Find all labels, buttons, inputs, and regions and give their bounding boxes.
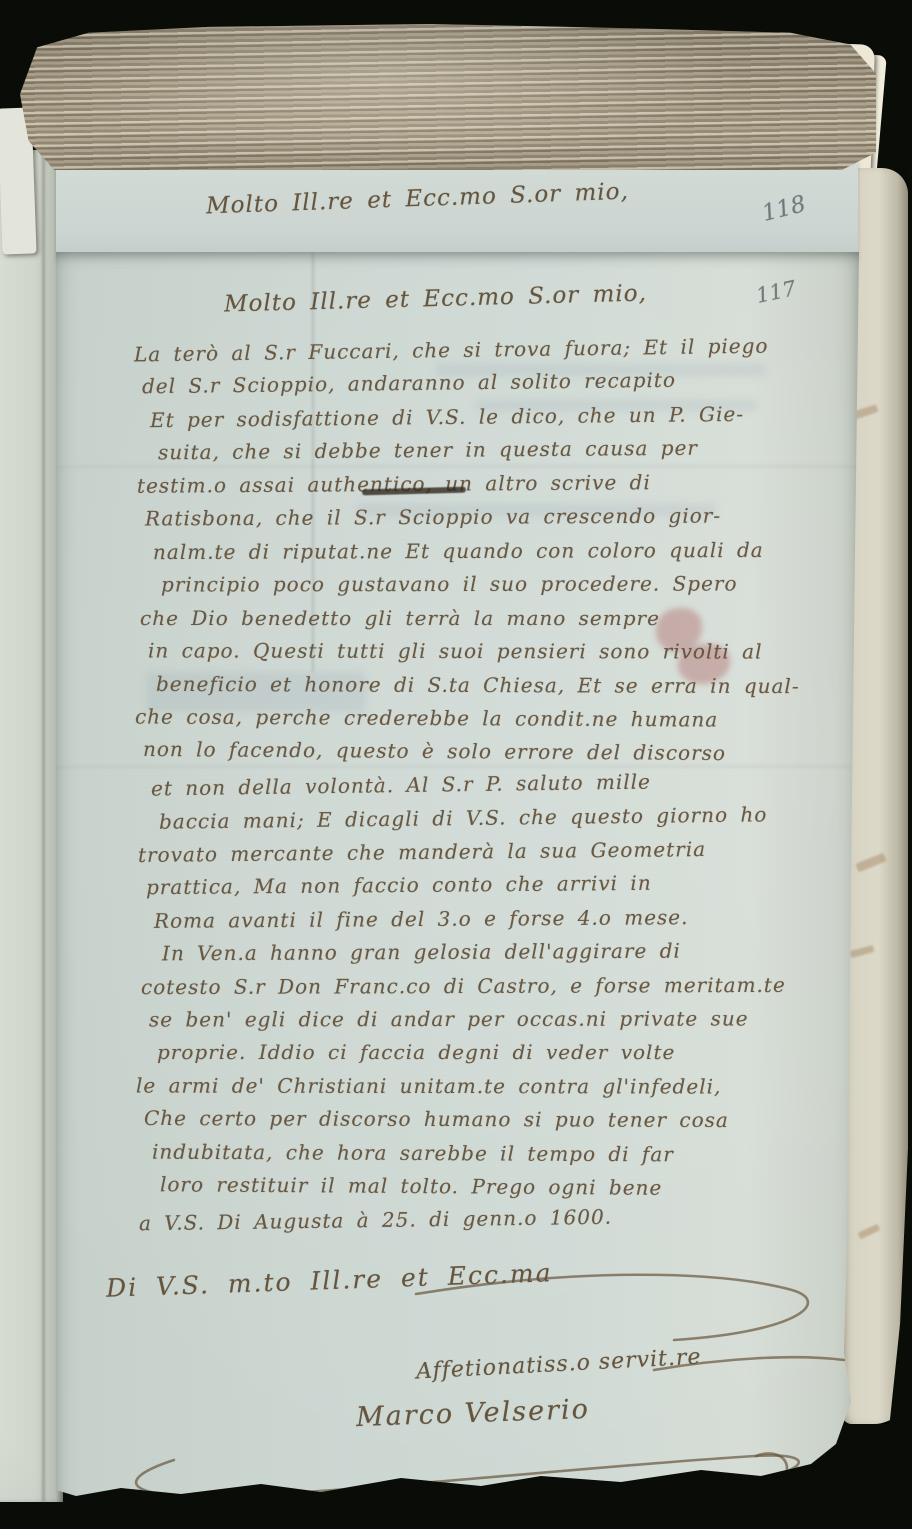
manuscript-line: cotesto S.r Don Franc.co di Castro, e fo…: [141, 972, 786, 998]
manuscript-line: baccia mani; E dicagli di V.S. che quest…: [159, 803, 768, 834]
manuscript-line: La terò al S.r Fuccari, che si trova fuo…: [134, 334, 769, 367]
signature: Marco Velserio: [356, 1394, 591, 1433]
manuscript-line: che Dio benedetto gli terrà la mano semp…: [140, 606, 660, 630]
page-crease: [42, 150, 45, 1502]
letter-page: Molto Ill.re et Ecc.mo S.or mio, 117 La …: [56, 252, 859, 1502]
manuscript-line: trovato mercante che manderà la sua Geom…: [138, 837, 706, 867]
upper-salutation: Molto Ill.re et Ecc.mo S.or mio,: [206, 179, 630, 220]
manuscript-line: Et per sodisfattione di V.S. le dico, ch…: [150, 402, 744, 432]
salutation: Molto Ill.re et Ecc.mo S.or mio,: [224, 280, 647, 317]
horizontal-crease: [56, 764, 859, 767]
manuscript-line: le armi de' Christiani unitam.te contra …: [136, 1073, 721, 1098]
manuscript-line: non lo facendo, questo è solo errore del…: [143, 737, 726, 765]
manuscript-line: et non della volontà. Al S.r P. saluto m…: [151, 769, 651, 800]
manuscript-line: Roma avanti il fine del 3.o e forse 4.o …: [154, 905, 689, 933]
manuscript-line: In Ven.a hanno gran gelosia dell'aggirar…: [162, 939, 681, 966]
manuscript-line: del S.r Scioppio, andaranno al solito re…: [142, 368, 676, 399]
manuscript-line: Ratisbona, che il S.r Scioppio va cresce…: [145, 504, 721, 531]
ink-bleed-mark: [855, 853, 886, 873]
manuscript-line: indubitata, che hora sarebbe il tempo di…: [152, 1139, 674, 1166]
folio-number-117: 117: [754, 276, 798, 308]
left-underlying-page-edge: [0, 150, 63, 1502]
folio-number-118: 118: [760, 191, 809, 227]
manuscript-line: proprie. Iddio ci faccia degni di veder …: [157, 1040, 675, 1064]
manuscript-line: nalm.te di riputat.ne Et quando con colo…: [153, 538, 764, 564]
manuscript-line: suita, che si debbe tener in questa caus…: [158, 436, 698, 465]
manuscript-line: in capo. Questi tutti gli suoi pensieri …: [148, 639, 763, 664]
horizontal-crease: [56, 464, 859, 467]
page-stack-fore-edge: [20, 24, 876, 170]
ink-bleed-mark: [850, 945, 875, 958]
closing-line: Di V.S. m.to Ill.re et Ecc.ma: [106, 1258, 553, 1303]
manuscript-photo: Molto Ill.re et Ecc.mo S.or mio, 118 Mol…: [0, 0, 912, 1529]
valediction: Affetionatiss.o servit.re: [416, 1345, 702, 1385]
signature-underline-swash: [136, 1455, 799, 1496]
manuscript-line: che cosa, perche crederebbe la condit.ne…: [135, 704, 718, 731]
upper-page-strip: Molto Ill.re et Ecc.mo S.or mio, 118: [56, 156, 858, 260]
manuscript-line: a V.S. Di Augusta à 25. di genn.o 1600.: [139, 1204, 612, 1235]
signature-loop: [756, 1453, 787, 1494]
manuscript-line: principio poco gustavano il suo proceder…: [161, 572, 738, 597]
manuscript-line: beneficio et honore di S.ta Chiesa, Et s…: [156, 671, 800, 697]
manuscript-line: se ben' egli dice di andar per occas.ni …: [149, 1006, 749, 1031]
manuscript-line: loro restituir il mal tolto. Prego ogni …: [160, 1172, 662, 1200]
ink-bleed-mark: [858, 1224, 881, 1240]
manuscript-line: prattica, Ma non faccio conto che arrivi…: [146, 871, 652, 899]
manuscript-line: Che certo per discorso humano si puo ten…: [144, 1106, 729, 1132]
stack-highlight: [20, 24, 876, 170]
